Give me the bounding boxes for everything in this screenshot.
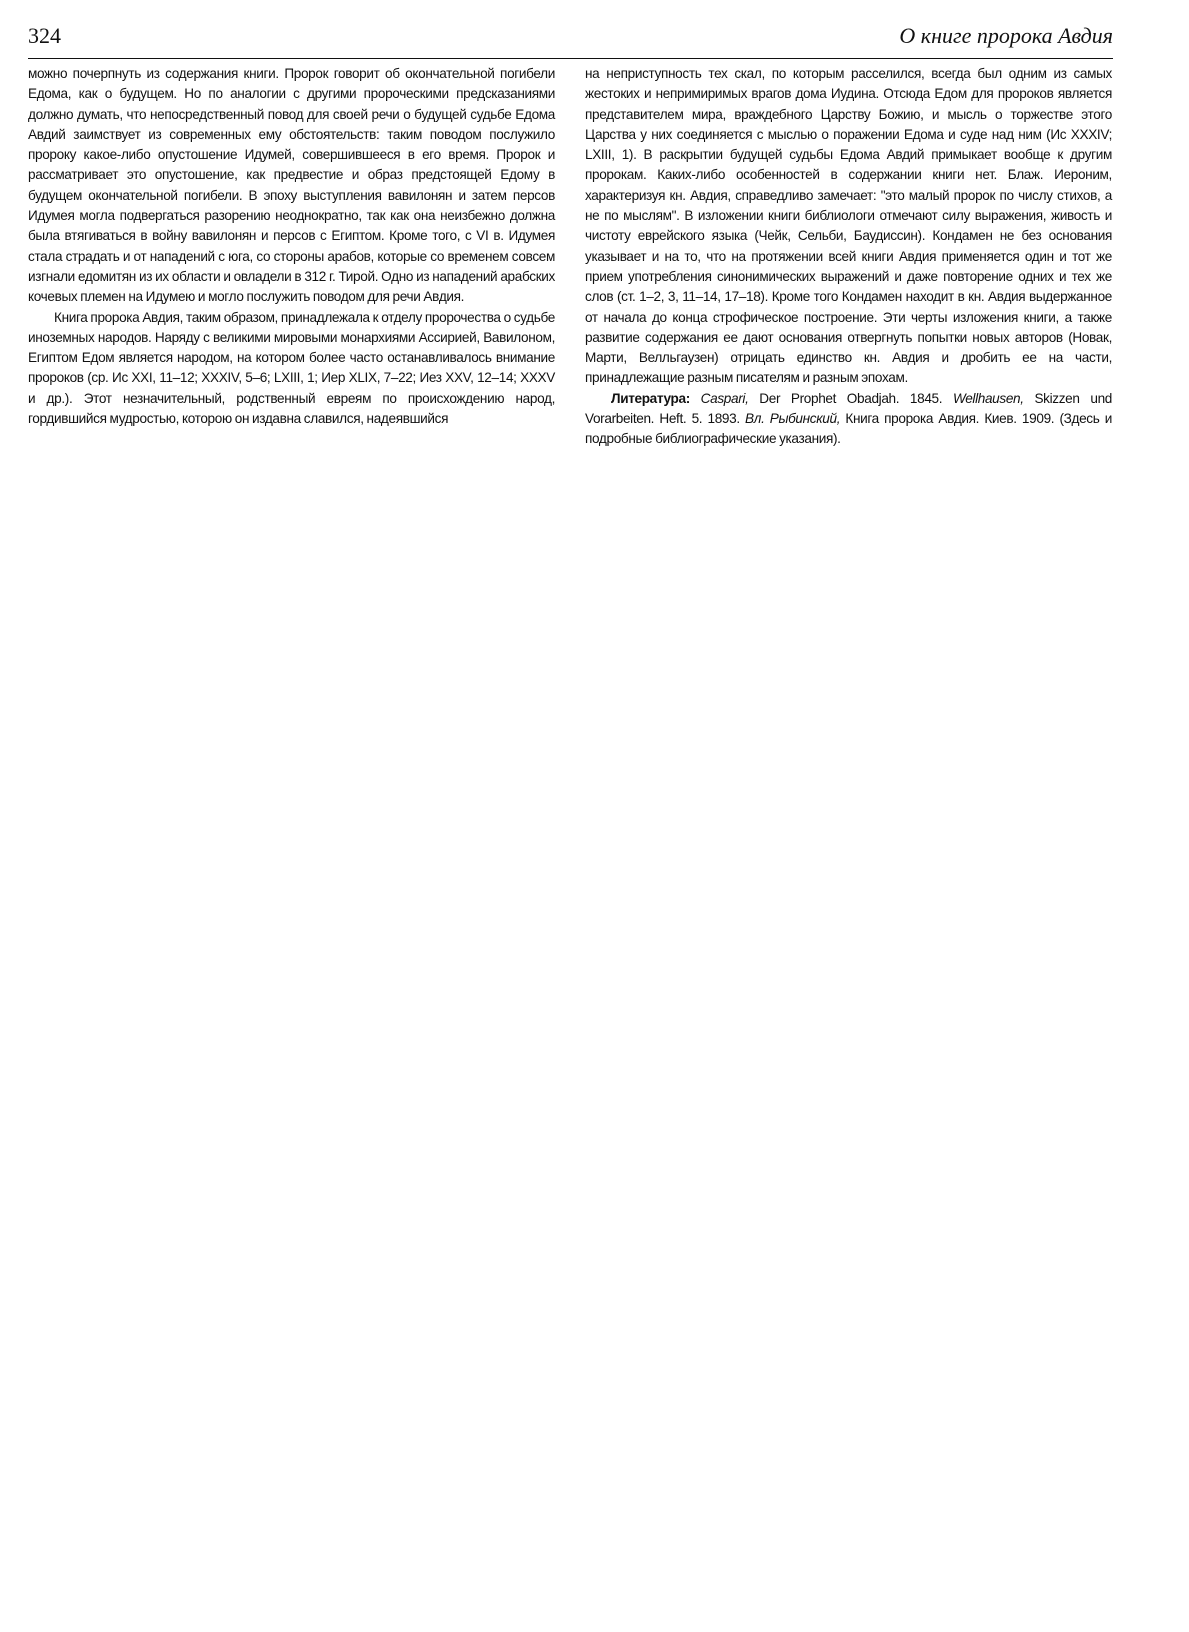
literature-entry: Der Prophet Obadjah. 1845. [749, 391, 953, 406]
right-column: на неприступность тех скал, по которым р… [585, 64, 1112, 450]
left-column: можно почерпнуть из содержания книги. Пр… [28, 64, 555, 429]
paragraph: на неприступность тех скал, по которым р… [585, 64, 1112, 389]
literature-section: Литература: Caspari, Der Prophet Obadjah… [585, 389, 1112, 450]
literature-author: Caspari, [701, 391, 749, 406]
paragraph: Книга пророка Авдия, таким образом, прин… [28, 308, 555, 430]
paragraph: можно почерпнуть из содержания книги. Пр… [28, 64, 555, 308]
literature-author: Wellhausen, [953, 391, 1024, 406]
page-header: 324 О книге пророка Авдия [28, 22, 1113, 59]
running-title: О книге пророка Авдия [899, 22, 1113, 50]
literature-author: Вл. Рыбинский, [745, 411, 840, 426]
page-number: 324 [28, 22, 61, 50]
literature-label: Литература: [611, 391, 690, 406]
